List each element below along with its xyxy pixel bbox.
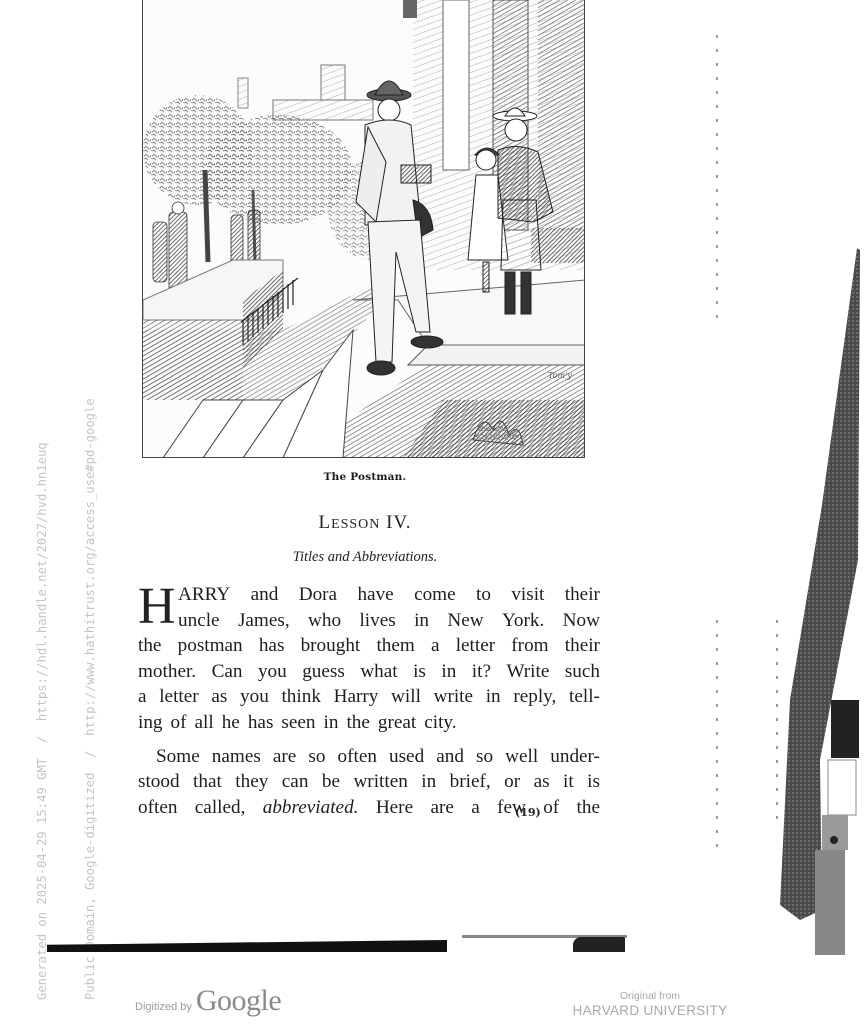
word: visit bbox=[511, 582, 544, 608]
page-edge-marks bbox=[716, 35, 718, 325]
word: be bbox=[322, 769, 340, 795]
word: and bbox=[436, 744, 464, 770]
word: guess bbox=[302, 659, 345, 685]
text-line: ingofallhehasseeninthegreatcity. bbox=[138, 710, 600, 736]
word: the bbox=[138, 633, 161, 659]
word: seen bbox=[281, 710, 315, 736]
word: or bbox=[504, 769, 520, 795]
word: abbreviated. bbox=[263, 795, 359, 821]
original-from: Original from HARVARD UNIVERSITY bbox=[560, 990, 740, 1020]
word: are bbox=[273, 744, 296, 770]
institution-name: HARVARD UNIVERSITY bbox=[560, 1002, 740, 1020]
word: you bbox=[258, 659, 287, 685]
word: of bbox=[543, 795, 559, 821]
word: mother. bbox=[138, 659, 196, 685]
word: in bbox=[421, 769, 436, 795]
word: that bbox=[193, 769, 222, 795]
word: is bbox=[587, 769, 600, 795]
word: Now bbox=[563, 608, 600, 634]
watermark-line-2: Public Domain, Google-digitized / http:/… bbox=[82, 0, 98, 1004]
word: Some bbox=[156, 744, 200, 770]
word: can bbox=[282, 769, 309, 795]
word: as bbox=[211, 684, 227, 710]
lesson-body: H ARRYandDorahavecometovisittheir uncleJ… bbox=[138, 582, 600, 820]
word: names bbox=[212, 744, 261, 770]
word: the bbox=[346, 710, 369, 736]
word: Write bbox=[506, 659, 549, 685]
paragraph-1: H ARRYandDorahavecometovisittheir uncleJ… bbox=[138, 582, 600, 736]
word: to bbox=[476, 582, 491, 608]
page-number: (19) bbox=[515, 806, 541, 819]
word: postman bbox=[178, 633, 243, 659]
word: stood bbox=[138, 769, 180, 795]
text-line: uncleJames,wholivesinNewYork.Now bbox=[138, 608, 600, 634]
lesson-number: IV. bbox=[386, 512, 411, 533]
word: James, bbox=[238, 608, 290, 634]
text-line: aletterasyouthinkHarrywillwriteinreply,t… bbox=[138, 684, 600, 710]
word: so bbox=[308, 744, 325, 770]
word: ARRY bbox=[178, 582, 230, 608]
word: are bbox=[430, 795, 453, 821]
word: have bbox=[357, 582, 393, 608]
text-line: ARRYandDorahavecometovisittheir bbox=[138, 582, 600, 608]
word: so bbox=[476, 744, 493, 770]
hathitrust-watermark: Generated on 2025-04-29 15:49 GMT / http… bbox=[2, 0, 42, 1004]
word: ing bbox=[138, 710, 163, 736]
word: letter bbox=[159, 684, 198, 710]
watermark-line-1: Generated on 2025-04-29 15:49 GMT / http… bbox=[34, 0, 50, 1004]
lesson-title-cap: L bbox=[318, 512, 331, 533]
lesson-title: LESSON IV. bbox=[0, 512, 730, 534]
scan-edge-blob bbox=[573, 937, 625, 952]
word: in bbox=[486, 684, 501, 710]
word: often bbox=[138, 795, 177, 821]
word: tell- bbox=[569, 684, 600, 710]
word: written bbox=[353, 769, 407, 795]
word: Dora bbox=[299, 582, 337, 608]
word: a bbox=[431, 633, 440, 659]
word: a bbox=[138, 684, 147, 710]
word: York. bbox=[502, 608, 544, 634]
page-edge-marks-lower bbox=[716, 620, 718, 850]
word: they bbox=[235, 769, 268, 795]
word: a bbox=[471, 795, 480, 821]
word: write bbox=[434, 684, 473, 710]
page-edge-marks-inner bbox=[776, 620, 778, 830]
word: has bbox=[248, 710, 274, 736]
word: he bbox=[222, 710, 240, 736]
word: called, bbox=[195, 795, 246, 821]
word: it? bbox=[472, 659, 491, 685]
figure-caption: The Postman. bbox=[0, 471, 730, 483]
word: reply, bbox=[513, 684, 556, 710]
word: will bbox=[391, 684, 421, 710]
digitized-by-label: Digitized by bbox=[135, 1001, 192, 1013]
text-line: Somenamesaresooftenusedandsowellunder- bbox=[138, 744, 600, 770]
word: come bbox=[414, 582, 456, 608]
word: brought bbox=[301, 633, 361, 659]
word: used bbox=[389, 744, 424, 770]
word: lives bbox=[359, 608, 395, 634]
word: in bbox=[441, 659, 456, 685]
word: has bbox=[259, 633, 285, 659]
lesson-subtitle: Titles and Abbreviations. bbox=[0, 549, 730, 566]
word: Here bbox=[376, 795, 413, 821]
word: it bbox=[563, 769, 574, 795]
word: you bbox=[240, 684, 269, 710]
word: well bbox=[505, 744, 538, 770]
word: Can bbox=[212, 659, 243, 685]
word: New bbox=[447, 608, 483, 634]
word: great bbox=[378, 710, 416, 736]
text-line: stoodthattheycanbewritteninbrief,orasiti… bbox=[138, 769, 600, 795]
word: brief, bbox=[450, 769, 491, 795]
word: what bbox=[360, 659, 397, 685]
word: Harry bbox=[334, 684, 379, 710]
original-from-label: Original from bbox=[560, 990, 740, 1002]
text-line: thepostmanhasbroughtthemaletterfromtheir bbox=[138, 633, 600, 659]
word: as bbox=[534, 769, 550, 795]
word: often bbox=[338, 744, 377, 770]
word: under- bbox=[550, 744, 600, 770]
word: city. bbox=[424, 710, 456, 736]
word: such bbox=[565, 659, 600, 685]
word: their bbox=[565, 582, 600, 608]
word: of bbox=[171, 710, 187, 736]
word: all bbox=[195, 710, 214, 736]
word: them bbox=[376, 633, 414, 659]
word: the bbox=[577, 795, 600, 821]
word: letter bbox=[456, 633, 495, 659]
word: think bbox=[281, 684, 320, 710]
drop-cap: H bbox=[138, 584, 176, 630]
google-logo: Google bbox=[196, 984, 281, 1018]
word: in bbox=[414, 608, 429, 634]
word: who bbox=[308, 608, 341, 634]
word: is bbox=[413, 659, 426, 685]
word: uncle bbox=[178, 608, 220, 634]
word: and bbox=[251, 582, 279, 608]
text-line: mother.Canyouguesswhatisinit?Writesuch bbox=[138, 659, 600, 685]
svg-text:Tom'y: Tom'y bbox=[548, 371, 572, 380]
engraving-image: Tom'y bbox=[143, 0, 585, 458]
postman-illustration: Tom'y bbox=[142, 0, 585, 458]
word: in bbox=[324, 710, 339, 736]
word: from bbox=[511, 633, 548, 659]
lesson-title-smallcaps: ESSON bbox=[331, 517, 380, 532]
digitized-by-google: Digitized by Google bbox=[135, 984, 281, 1018]
word: their bbox=[565, 633, 600, 659]
